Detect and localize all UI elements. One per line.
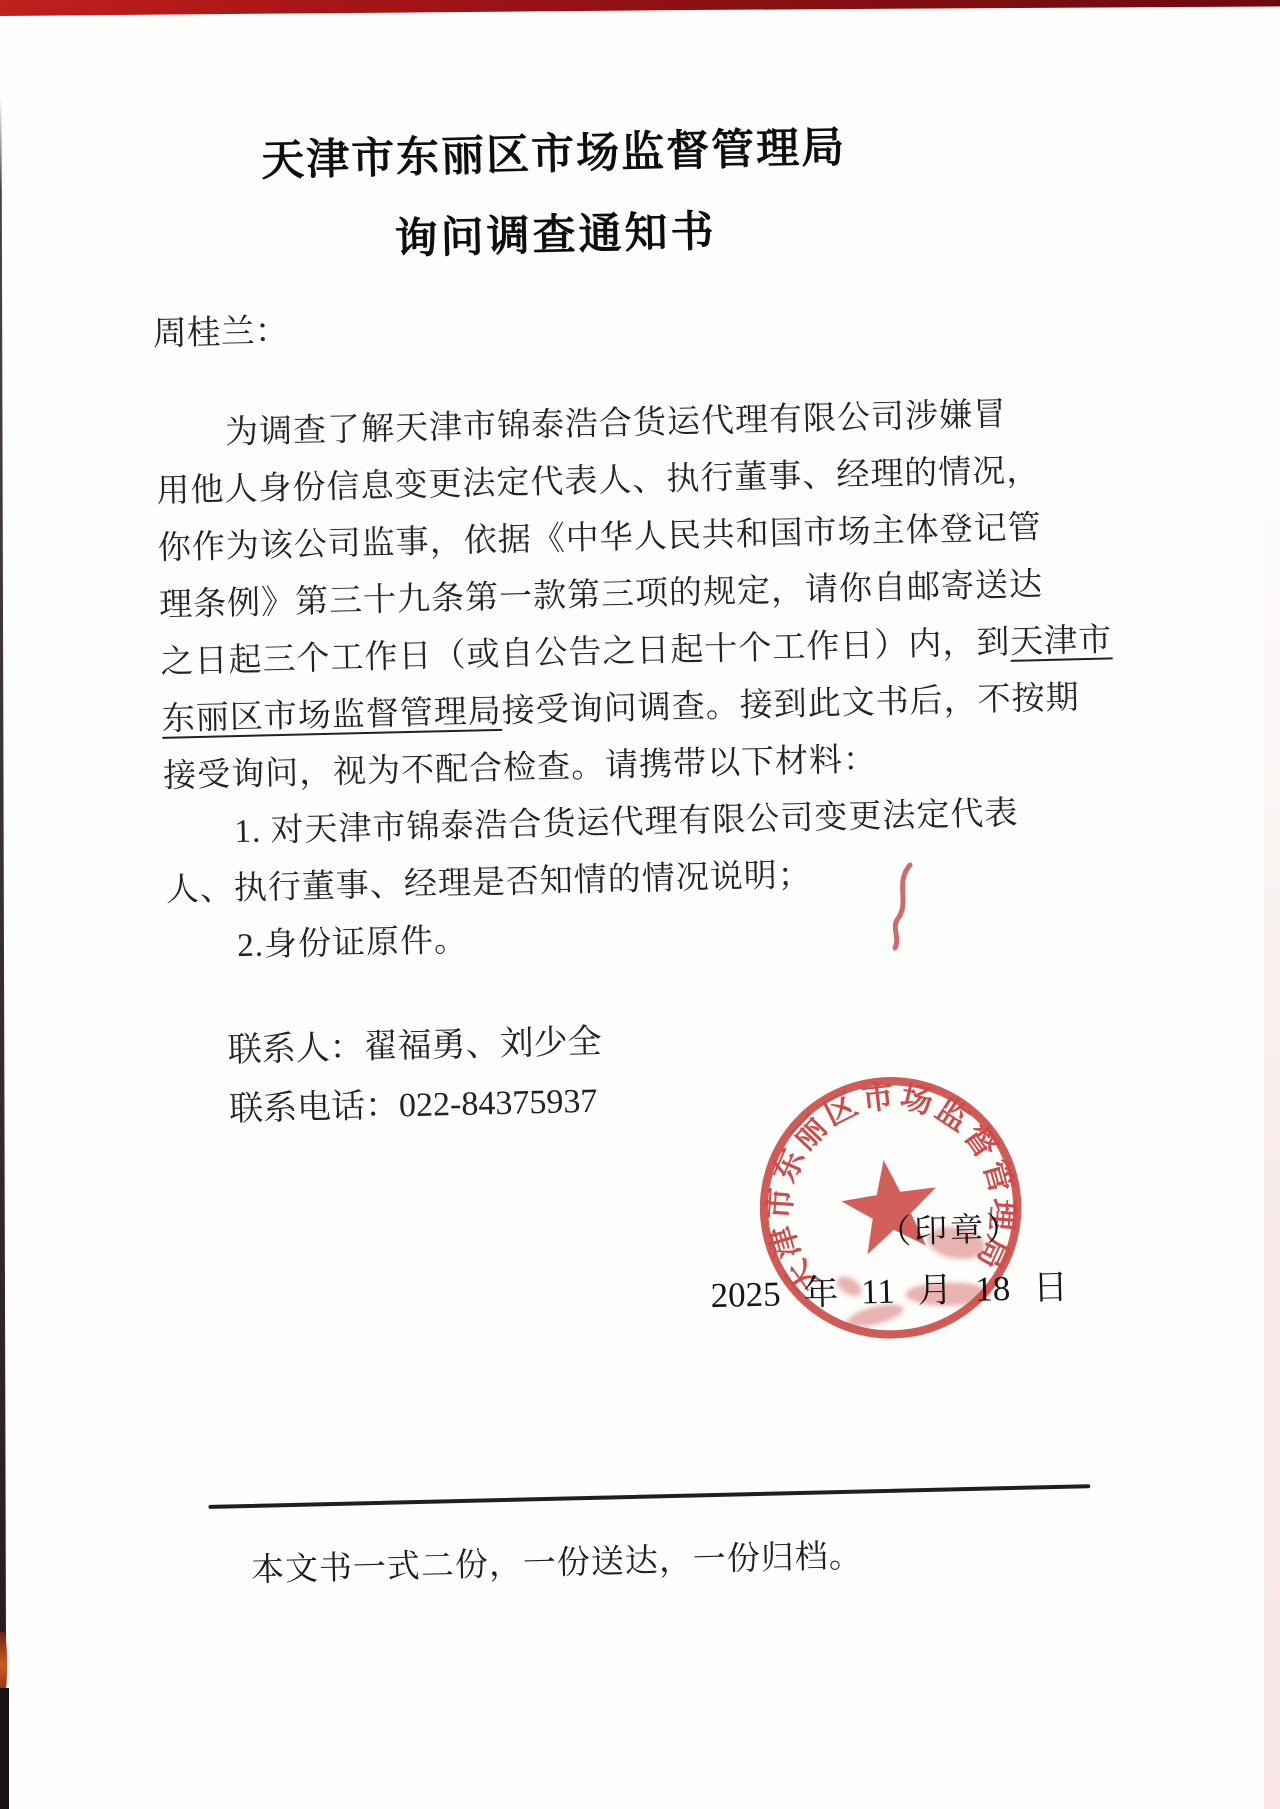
notice-type-title: 询问调查通知书	[150, 192, 961, 272]
body-text: 1. 对天津市锦泰浩合货运代理有限公司变更法定代表	[234, 796, 1019, 850]
scan-edge-left-bottom	[0, 1688, 9, 1809]
footer-note: 本文书一式二份，一份送达，一份归档。	[251, 1539, 864, 1589]
body-text: 你作为该公司监事，依据《中华人民共和国市场主体登记管	[157, 510, 1042, 567]
document-body: 天津市东丽区市场监督管理局 询问调查通知书 周桂兰： 为调查了解天津市锦泰浩合货…	[148, 108, 1124, 1690]
recipient-name: 周桂兰：	[152, 284, 1093, 355]
scanned-document-page: { "page": { "paper_color": "#fdfdfc", "i…	[0, 0, 1280, 1809]
body-text: 用他人身份信息变更法定代表人、执行董事、经理的情况，	[156, 453, 1041, 510]
body-text: 理条例》第三十九条第一款第三项的规定，请你自邮寄送达	[159, 567, 1044, 624]
issuing-agency-title: 天津市东丽区市场监督管理局	[148, 111, 959, 191]
body-text: 接受询问，视为不配合检查。请携带以下材料：	[163, 742, 878, 795]
body-text: 人、执行董事、经理是否知情的情况说明；	[166, 858, 813, 909]
body-text: 2.身份证原件。	[237, 923, 469, 964]
underlined-agency-name: 东丽区市场监督管理局	[161, 694, 502, 738]
document-header: 天津市东丽区市场监督管理局 询问调查通知书	[148, 111, 961, 272]
body-text: 之日起三个工作日（或自公告之日起十个工作日）内，到	[160, 625, 1011, 681]
notice-paragraph: 为调查了解天津市锦泰浩合货运代理有限公司涉嫌冒 用他人身份信息变更法定代表人、执…	[155, 385, 1108, 977]
scan-edge-top	[0, 0, 1280, 16]
body-text: 为调查了解天津市锦泰浩合货运代理有限公司涉嫌冒	[225, 397, 1008, 451]
underlined-agency-name: 天津市	[1010, 622, 1113, 660]
scan-edge-left	[0, 98, 6, 1643]
scan-edge-right-tint	[1264, 0, 1280, 1809]
footer-separator-line	[208, 1484, 1090, 1509]
official-seal: 天津市东丽区市场监督管理局	[742, 1059, 1039, 1356]
body-text: 接受询问调查。接到此文书后，不按期	[501, 680, 1080, 730]
